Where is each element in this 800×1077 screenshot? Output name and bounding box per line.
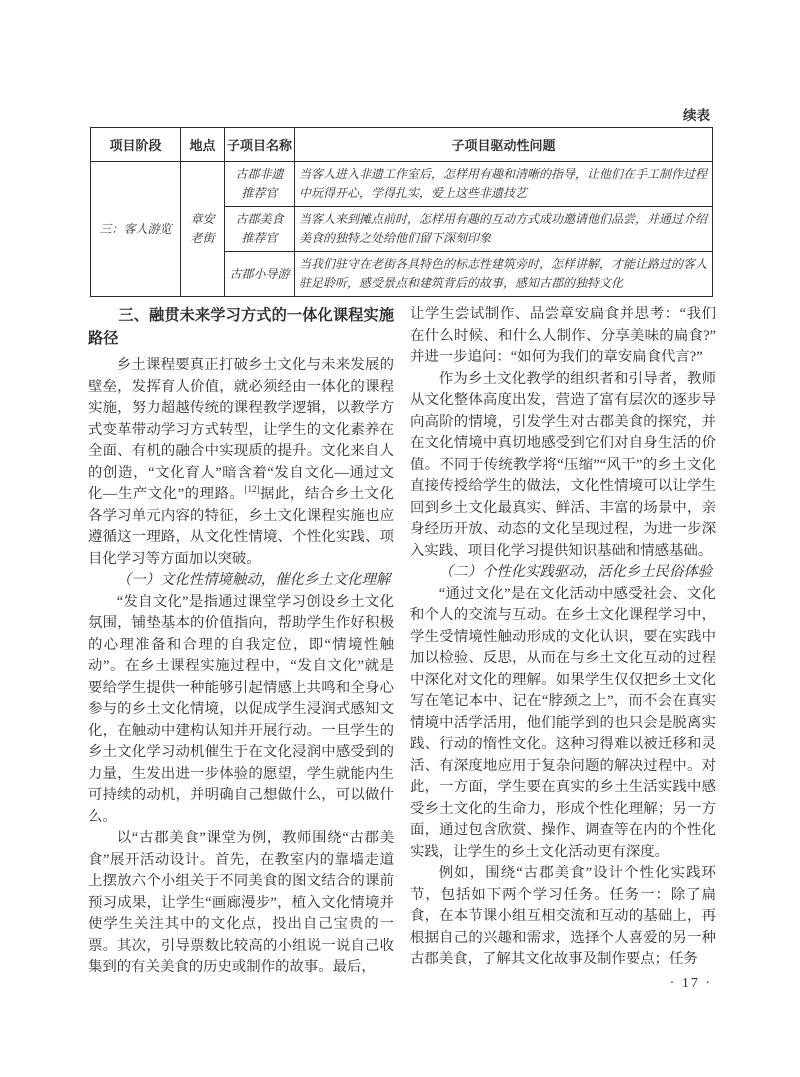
paragraph: 以“古郡美食”课堂为例，教师围绕“古郡美食”展开活动设计。首先，在教室内的靠墙走… (88, 828, 394, 979)
article-body: 三、融贯未来学习方式的一体化课程实施路径 乡土课程要真正打破乡土文化与未来发展的… (88, 304, 716, 979)
paragraph: 例如，围绕“古郡美食”设计个性化实践环节，包括如下两个学习任务。任务一：除了扁食… (410, 863, 716, 971)
right-column: 让学生尝试制作、品尝章安扁食并思考：“我们在什么时候、和什么人制作、分享美味的扁… (410, 304, 716, 979)
paragraph-text: 乡土课程要真正打破乡土文化与未来发展的壁垒，发挥育人价值，就必须经由一体化的课程… (88, 357, 394, 502)
sub-heading-1: （一）文化性情境触动，催化乡土文化理解 (88, 570, 394, 592)
header-cell-location: 地点 (181, 128, 225, 162)
continued-table-label: 续表 (683, 104, 710, 124)
header-cell-stage: 项目阶段 (91, 128, 181, 162)
subproject-name-cell: 古郡美食 推荐官 (225, 207, 295, 252)
subproject-name-cell: 古郡小导游 (225, 252, 295, 297)
driving-question-cell: 当我们驻守在老街各具特色的标志性建筑旁时，怎样讲解，才能让路过的客人驻足聆听，感… (295, 252, 713, 297)
header-cell-subproject-name: 子项目名称 (225, 128, 295, 162)
reference-superscript: [12] (244, 484, 259, 494)
paragraph: “通过文化”是在文化活动中感受社会、文化和个人的交流与互动。在乡土文化课程学习中… (410, 584, 716, 864)
page-number: · 17 · (670, 976, 712, 992)
paragraph: 乡土课程要真正打破乡土文化与未来发展的壁垒，发挥育人价值，就必须经由一体化的课程… (88, 355, 394, 570)
paragraph: 作为乡土文化教学的组织者和引导者，教师从文化整体高度出发，营造了富有层次的逐步导… (410, 369, 716, 563)
subproject-name-cell: 古郡非遗 推荐官 (225, 162, 295, 207)
driving-question-cell: 当客人来到摊点前时，怎样用有趣的互动方式成功邀请他们品尝，并通过介绍美食的独特之… (295, 207, 713, 252)
location-cell: 章安 老街 (181, 162, 225, 297)
stage-cell: 三：客人游览 (91, 162, 181, 297)
paragraph-continuation: 让学生尝试制作、品尝章安扁食并思考：“我们在什么时候、和什么人制作、分享美味的扁… (410, 304, 716, 369)
subproject-table: 项目阶段 地点 子项目名称 子项目驱动性问题 三：客人游览 章安 老街 古郡非遗… (90, 127, 713, 297)
table-header-row: 项目阶段 地点 子项目名称 子项目驱动性问题 (91, 128, 713, 162)
driving-question-cell: 当客人进入非遗工作室后，怎样用有趣和清晰的指导，让他们在手工制作过程中玩得开心，… (295, 162, 713, 207)
header-cell-driving-question: 子项目驱动性问题 (295, 128, 713, 162)
left-column: 三、融贯未来学习方式的一体化课程实施路径 乡土课程要真正打破乡土文化与未来发展的… (88, 304, 394, 979)
paragraph: “发自文化”是指通过课堂学习创设乡土文化氛围，铺垫基本的价值指向，帮助学生作好积… (88, 592, 394, 829)
table-row: 三：客人游览 章安 老街 古郡非遗 推荐官 当客人进入非遗工作室后，怎样用有趣和… (91, 162, 713, 207)
paper-page: 续表 项目阶段 地点 子项目名称 子项目驱动性问题 三：客人游览 章安 老街 古… (0, 0, 800, 1077)
sub-heading-2: （二）个性化实践驱动，活化乡土民俗体验 (410, 562, 716, 584)
section-heading: 三、融贯未来学习方式的一体化课程实施路径 (88, 304, 394, 350)
